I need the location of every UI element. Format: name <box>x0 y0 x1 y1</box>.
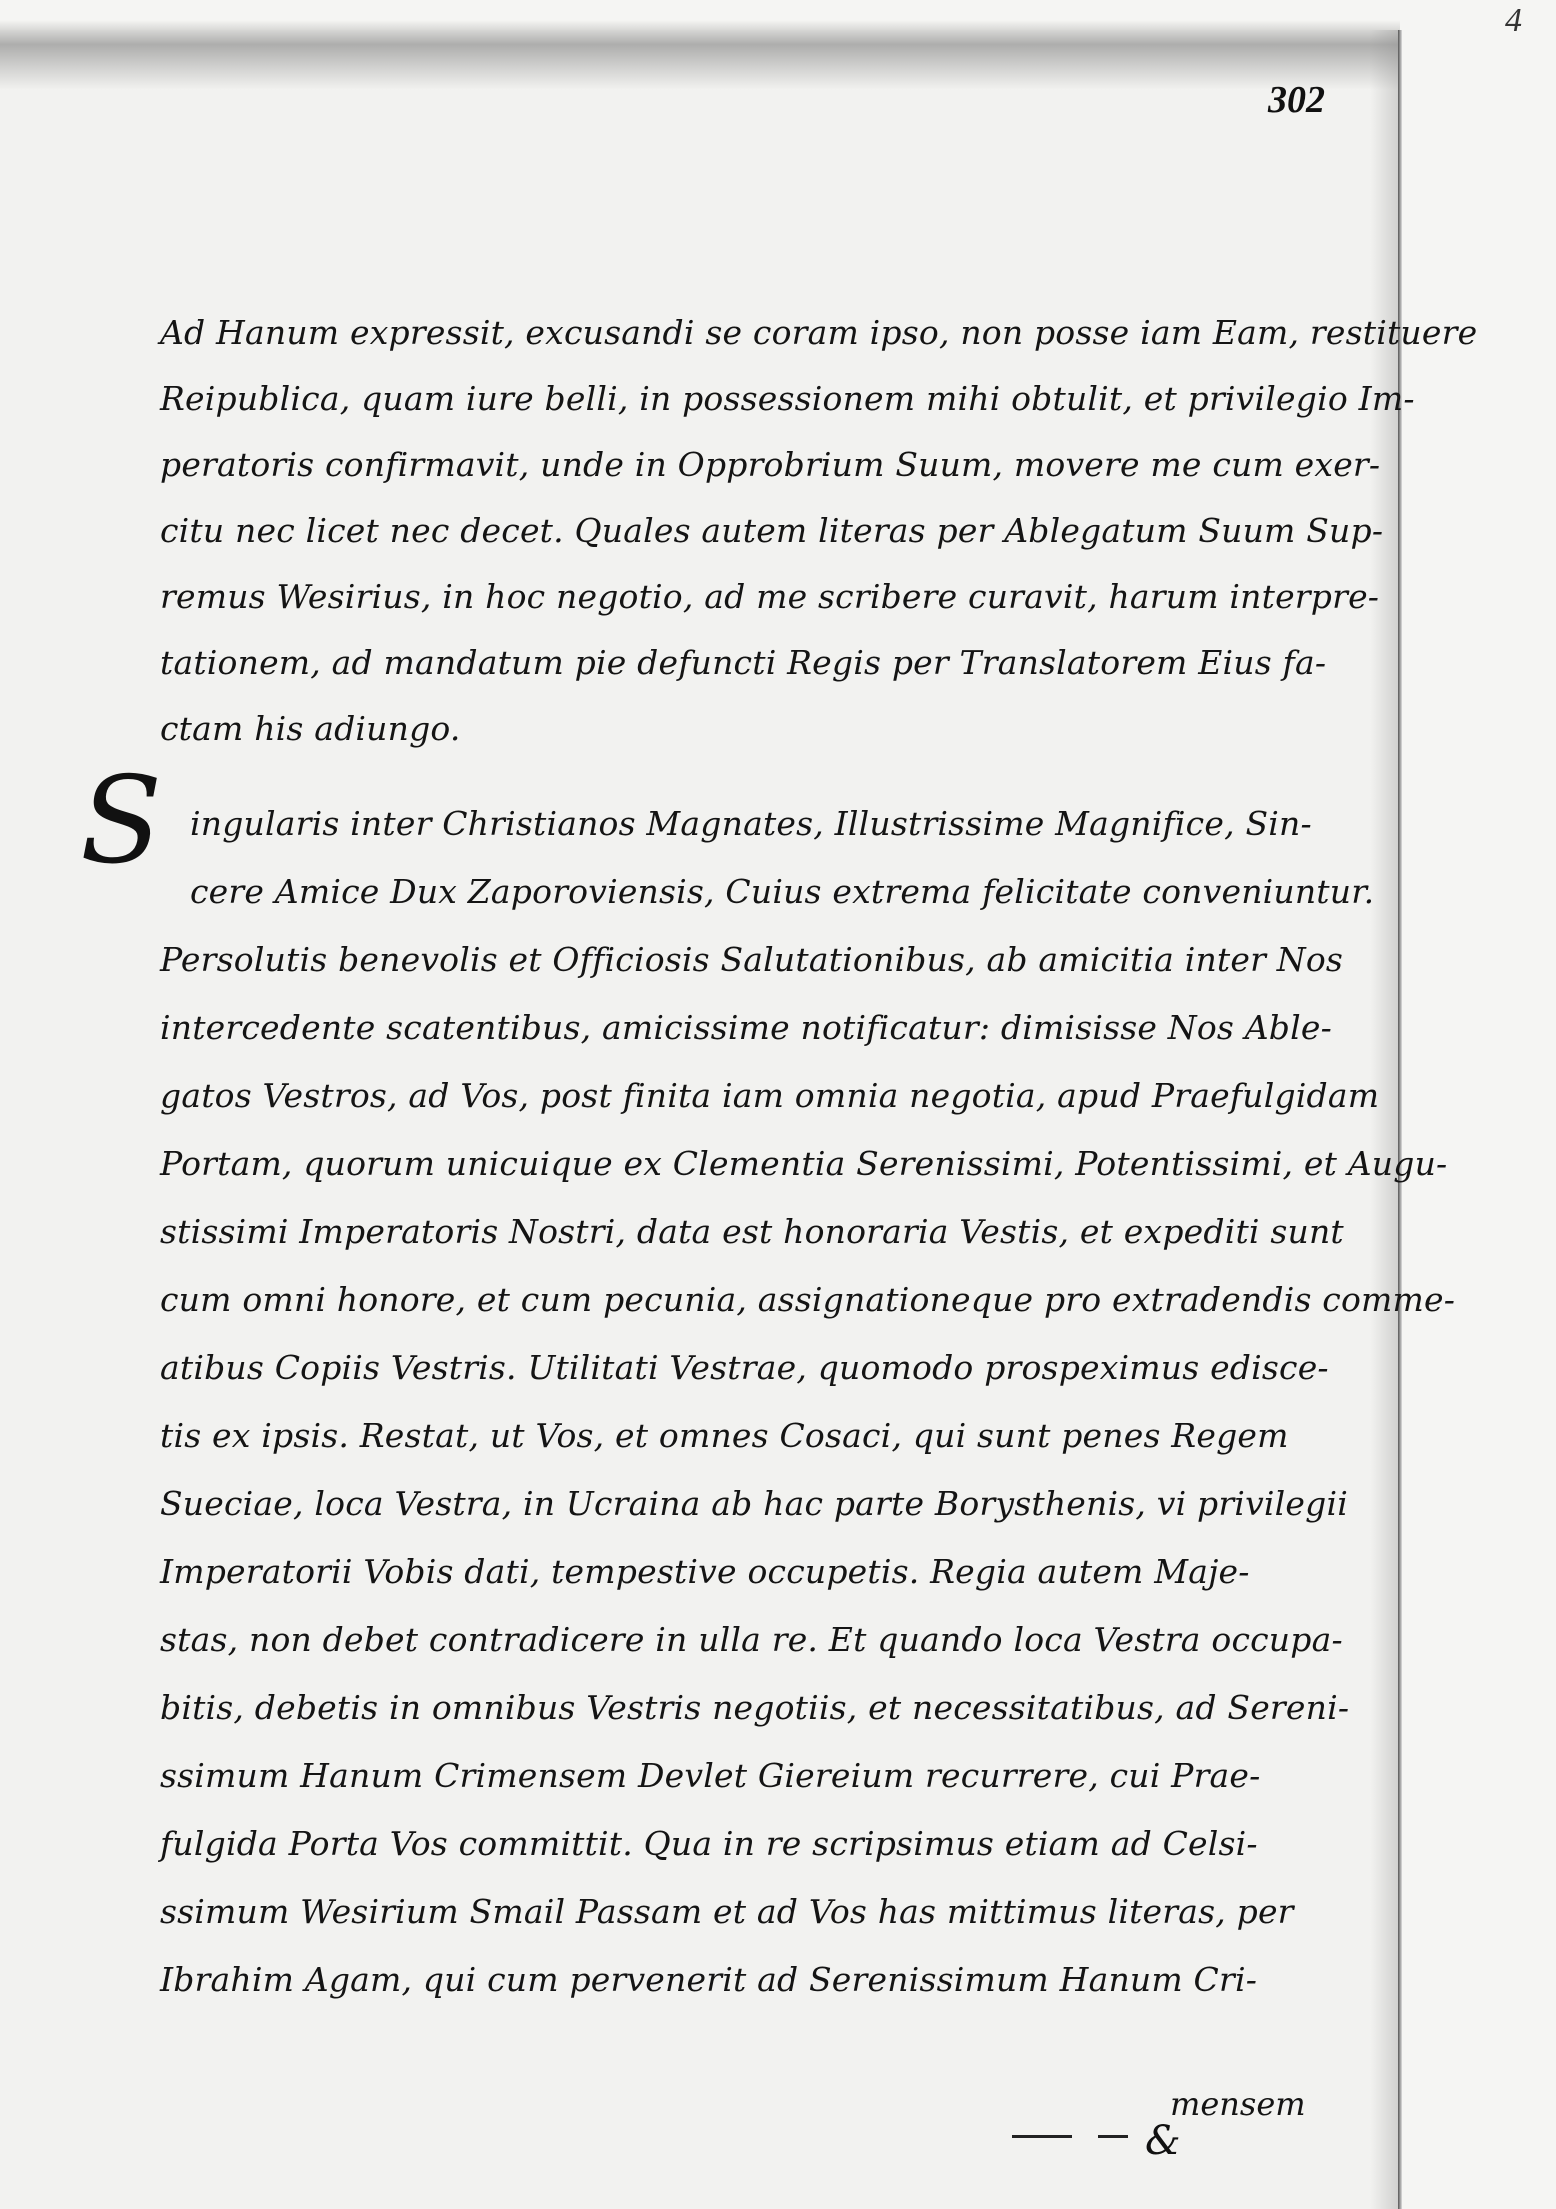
text-line: stissimi Imperatoris Nostri, data est ho… <box>160 1198 1400 1266</box>
text-line: intercedente scatentibus, amicissime not… <box>160 994 1400 1062</box>
text-line: Imperatorii Vobis dati, tempestive occup… <box>160 1538 1400 1606</box>
text-line: cere Amice Dux Zaporoviensis, Cuius extr… <box>160 858 1400 926</box>
text-line: Portam, quorum unicuique ex Clementia Se… <box>160 1130 1400 1198</box>
text-line: remus Wesirius, in hoc negotio, ad me sc… <box>160 564 1400 630</box>
closing-rule <box>1098 2135 1128 2138</box>
folio-number: 302 <box>1268 78 1325 122</box>
text-line: ssimum Hanum Crimensem Devlet Giereium r… <box>160 1742 1400 1810</box>
archive-number: 4 <box>1505 2 1522 40</box>
text-line: tis ex ipsis. Restat, ut Vos, et omnes C… <box>160 1402 1400 1470</box>
paragraph-2: ingularis inter Christianos Magnates, Il… <box>160 790 1400 2014</box>
text-line: Ad Hanum expressit, excusandi se coram i… <box>160 300 1400 366</box>
drop-cap: S <box>80 762 162 882</box>
closing-rule <box>1012 2135 1072 2138</box>
text-line: bitis, debetis in omnibus Vestris negoti… <box>160 1674 1400 1742</box>
top-binding-shadow <box>0 20 1400 90</box>
text-line: ctam his adiungo. <box>160 696 1400 762</box>
text-line: ingularis inter Christianos Magnates, Il… <box>160 790 1400 858</box>
paragraph-1: Ad Hanum expressit, excusandi se coram i… <box>160 300 1400 762</box>
closing-flourish: & <box>1145 2118 1181 2164</box>
text-line: atibus Copiis Vestris. Utilitati Vestrae… <box>160 1334 1400 1402</box>
text-line: ssimum Wesirium Smail Passam et ad Vos h… <box>160 1878 1400 1946</box>
text-line: peratoris confirmavit, unde in Opprobriu… <box>160 432 1400 498</box>
text-line: Sueciae, loca Vestra, in Ucraina ab hac … <box>160 1470 1400 1538</box>
text-line: gatos Vestros, ad Vos, post finita iam o… <box>160 1062 1400 1130</box>
text-line: Persolutis benevolis et Officiosis Salut… <box>160 926 1400 994</box>
catchword: mensem <box>1170 2085 1306 2123</box>
text-line: Reipublica, quam iure belli, in possessi… <box>160 366 1400 432</box>
text-line: Ibrahim Agam, qui cum pervenerit ad Sere… <box>160 1946 1400 2014</box>
text-line: stas, non debet contradicere in ulla re.… <box>160 1606 1400 1674</box>
text-line: tationem, ad mandatum pie defuncti Regis… <box>160 630 1400 696</box>
bleed-through-text <box>760 190 779 260</box>
text-line: cum omni honore, et cum pecunia, assigna… <box>160 1266 1400 1334</box>
text-line: fulgida Porta Vos committit. Qua in re s… <box>160 1810 1400 1878</box>
text-line: citu nec licet nec decet. Quales autem l… <box>160 498 1400 564</box>
